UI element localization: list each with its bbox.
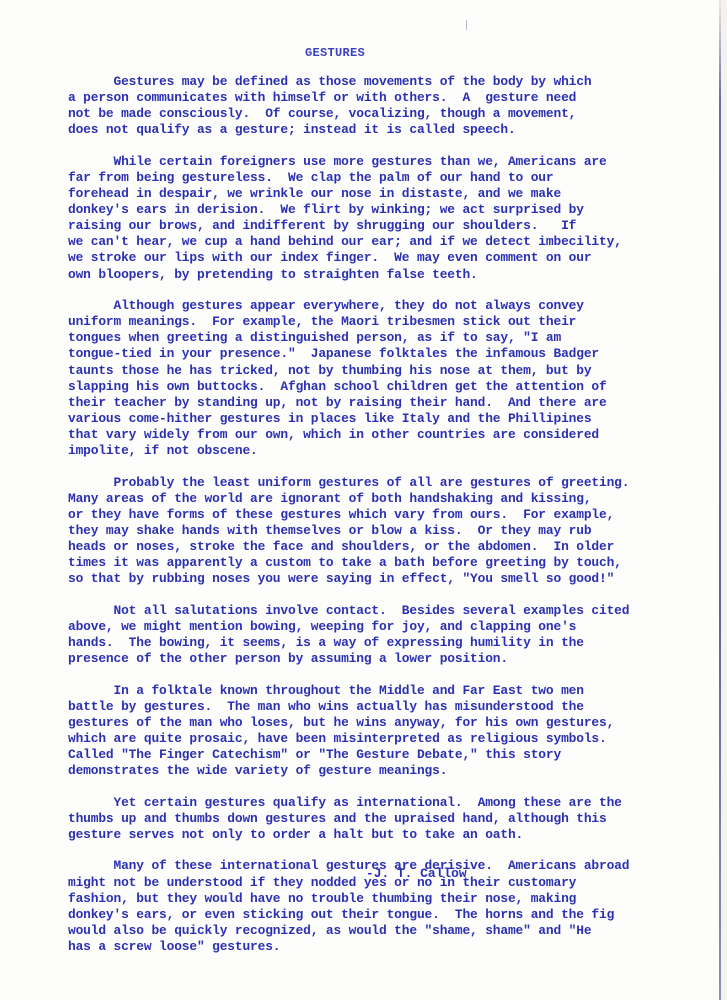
paragraph-international: Yet certain gestures qualify as internat… bbox=[68, 795, 708, 843]
author-signature: -J. T. Callow bbox=[366, 866, 467, 881]
paragraph-american-gestures: While certain foreigners use more gestur… bbox=[68, 154, 708, 283]
document-body: Gestures may be defined as those movemen… bbox=[68, 74, 708, 971]
page-edge-line bbox=[719, 0, 721, 1000]
paragraph-uniform-meanings: Although gestures appear everywhere, the… bbox=[68, 298, 708, 459]
document-title: GESTURES bbox=[0, 46, 670, 60]
stray-mark bbox=[466, 20, 467, 30]
page-edge-shadow bbox=[721, 0, 727, 1000]
paragraph-greetings: Probably the least uniform gestures of a… bbox=[68, 475, 708, 588]
paragraph-salutations: Not all salutations involve contact. Bes… bbox=[68, 603, 708, 667]
paragraph-folktale: In a folktale known throughout the Middl… bbox=[68, 683, 708, 780]
paragraph-definition: Gestures may be defined as those movemen… bbox=[68, 74, 708, 138]
